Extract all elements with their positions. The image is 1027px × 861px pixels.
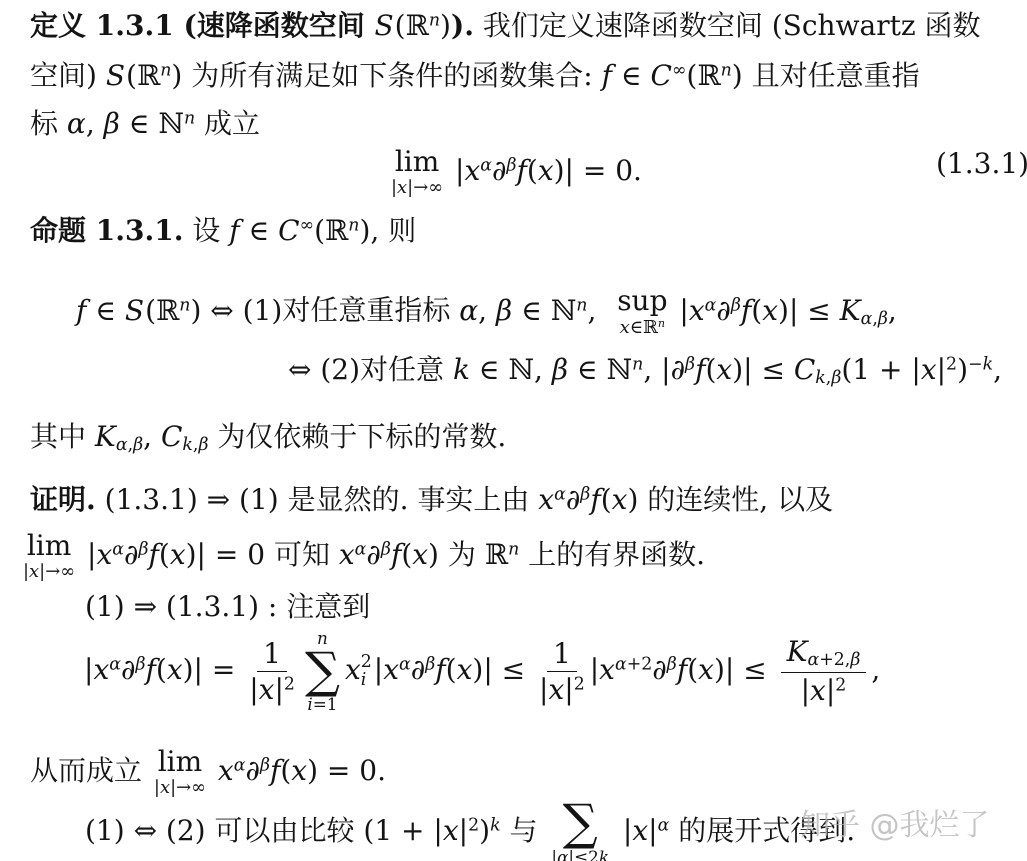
constants-line-run: Kα,β, Ck,β [95, 420, 209, 453]
definition-line-3-run: 成立 [195, 107, 260, 140]
definition-line-2-run: 为所有满足如下条件的函数集合: [182, 59, 601, 92]
proof-line-2-run: lim|x|→∞ |xα∂βf(x)| = 0 [20, 538, 265, 571]
display-equation-run: |xα∂βf(x)| = 1|x|2n∑i=1x2i|xα∂βf(x)| ≤ 1… [84, 653, 880, 686]
definition-line-2-run: f ∈ C∞(ℝn) [602, 59, 743, 92]
proof-line-3: (1) ⇒ (1.3.1) : 注意到 [85, 589, 370, 625]
final-line: (1) ⇔ (2) 可以由比较 (1 + |x|2)k 与 ∑|α|≤2k |x… [85, 800, 855, 861]
watermark: 知乎 @我烂了 [800, 806, 990, 845]
proof-line-1-run: 是显然的. 事实上由 [279, 483, 539, 516]
final-line-run: ∑|α|≤2k |x|α [546, 814, 669, 847]
proof-line-3-run: 注意到 [277, 590, 370, 623]
final-line-run: (1 + |x|2)k [363, 814, 500, 847]
align-row-1-run: f ∈ S(ℝn) ⇔ (1) [76, 294, 282, 327]
align-row-2-run: ⇔ (2) [288, 353, 360, 386]
equation-number-1-3-1-run: (1.3.1) [936, 147, 1027, 180]
proof-line-2-run: 上的有界函数. [519, 538, 705, 571]
definition-line-3-run: 标 [30, 107, 67, 140]
proof-line-2-run: 可知 [265, 538, 339, 571]
proposition-line-run: , 则 [370, 214, 416, 247]
proof-line-2-run: 为 [439, 538, 485, 571]
proof-line-1-run: xα∂βf(x) [538, 483, 638, 516]
proposition-line-run: 命题 1.3.1. [30, 214, 183, 247]
align-row-1-run: 对任意重指标 [282, 294, 459, 327]
definition-line-1-run: 我们定义速降函数空间 (Schwartz 函数 [474, 9, 981, 42]
proposition-line: 命题 1.3.1. 设 f ∈ C∞(ℝn), 则 [30, 213, 416, 249]
definition-line-3-run: α, β ∈ ℕn [67, 107, 195, 140]
final-line-run: 与 [501, 814, 547, 847]
definition-line-1-run: 定义 1.3.1 (速降函数空间 [30, 9, 374, 42]
conclusion-line-run: 从而成立 [30, 754, 151, 787]
proof-line-1-run: (1.3.1) ⇒ (1) [105, 483, 279, 516]
equation-1-3-1-run: lim|x|→∞ |xα∂βf(x)| = 0. [388, 154, 642, 187]
proof-line-2: lim|x|→∞ |xα∂βf(x)| = 0 可知 xα∂βf(x) 为 ℝn… [20, 532, 705, 581]
conclusion-line: 从而成立 lim|x|→∞ xα∂βf(x) = 0. [30, 748, 386, 797]
definition-line-3: 标 α, β ∈ ℕn 成立 [30, 106, 260, 142]
proof-line-2-run: xα∂βf(x) [339, 538, 439, 571]
definition-line-1-run: ). [451, 9, 474, 42]
equation-number-1-3-1: (1.3.1) [936, 146, 1027, 182]
watermark-run: 知乎 @我烂了 [800, 808, 990, 843]
proof-line-1-run [96, 483, 105, 516]
definition-line-2-run: S(ℝn) [106, 59, 183, 92]
proposition-line-run: f ∈ C∞(ℝn) [229, 214, 370, 247]
proof-line-1-run: 证明. [30, 483, 96, 516]
proposition-line-run: 设 [183, 214, 229, 247]
definition-line-1: 定义 1.3.1 (速降函数空间 S(ℝn)). 我们定义速降函数空间 (Sch… [30, 8, 981, 44]
definition-line-1-run: S(ℝn) [374, 9, 451, 42]
proof-line-3-run: (1) ⇒ (1.3.1) : [85, 590, 277, 623]
align-row-2-run: 对任意 [360, 353, 453, 386]
align-row-2: ⇔ (2)对任意 k ∈ ℕ, β ∈ ℕn, |∂βf(x)| ≤ Ck,β(… [288, 352, 1002, 389]
final-line-run: 可以由比较 [206, 814, 364, 847]
conclusion-line-run: lim|x|→∞ xα∂βf(x) = 0. [151, 754, 386, 787]
align-row-1: f ∈ S(ℝn) ⇔ (1)对任意重指标 α, β ∈ ℕn, supx∈ℝn… [76, 287, 897, 337]
document-page: 定义 1.3.1 (速降函数空间 S(ℝn)). 我们定义速降函数空间 (Sch… [0, 0, 1027, 861]
definition-line-2: 空间) S(ℝn) 为所有满足如下条件的函数集合: f ∈ C∞(ℝn) 且对任… [30, 58, 920, 94]
final-line-run: (1) ⇔ (2) [85, 814, 206, 847]
constants-line-run: 为仅依赖于下标的常数. [209, 420, 507, 453]
proof-line-1: 证明. (1.3.1) ⇒ (1) 是显然的. 事实上由 xα∂βf(x) 的连… [30, 482, 833, 518]
proof-line-2-run: ℝn [485, 538, 519, 571]
proof-line-1-run: 的连续性, 以及 [638, 483, 833, 516]
definition-line-2-run: 空间) [30, 59, 106, 92]
constants-line: 其中 Kα,β, Ck,β 为仅依赖于下标的常数. [30, 419, 506, 456]
equation-1-3-1: lim|x|→∞ |xα∂βf(x)| = 0. [388, 148, 642, 197]
constants-line-run: 其中 [30, 420, 95, 453]
display-equation: |xα∂βf(x)| = 1|x|2n∑i=1x2i|xα∂βf(x)| ≤ 1… [84, 630, 880, 713]
align-row-2-run: k ∈ ℕ, β ∈ ℕn, |∂βf(x)| ≤ Ck,β(1 + |x|2)… [453, 353, 1002, 386]
align-row-1-run: α, β ∈ ℕn, supx∈ℝn |xα∂βf(x)| ≤ Kα,β, [459, 294, 897, 327]
definition-line-2-run: 且对任意重指 [743, 59, 920, 92]
